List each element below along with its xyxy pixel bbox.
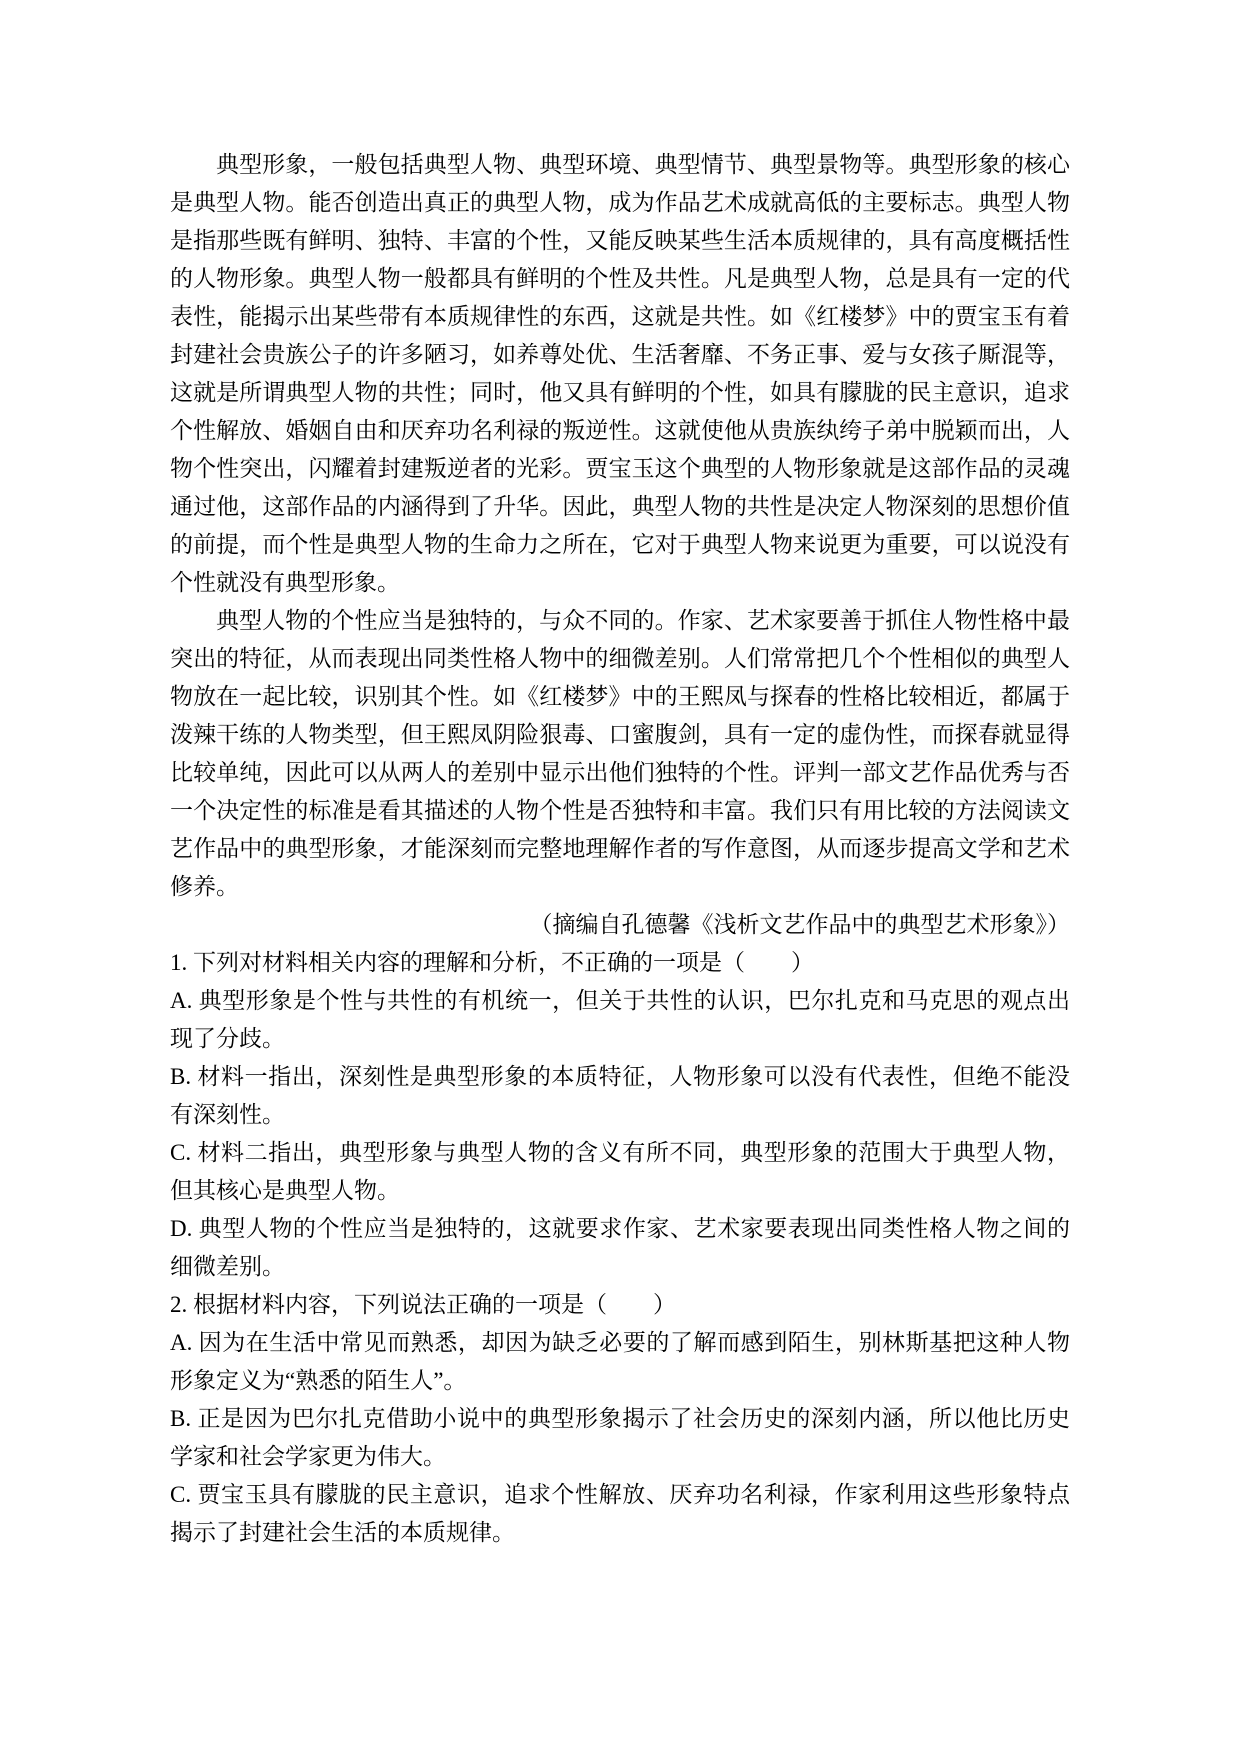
question-1-option-a: A. 典型形象是个性与共性的有机统一，但关于共性的认识，巴尔扎克和马克思的观点出… <box>170 982 1070 1058</box>
question-1-option-d: D. 典型人物的个性应当是独特的，这就要求作家、艺术家要表现出同类性格人物之间的… <box>170 1210 1070 1286</box>
question-1-option-b: B. 材料一指出，深刻性是典型形象的本质特征，人物形象可以没有代表性，但绝不能没… <box>170 1058 1070 1134</box>
material-paragraph-2: 典型人物的个性应当是独特的，与众不同的。作家、艺术家要善于抓住人物性格中最突出的… <box>170 602 1070 906</box>
document-page: 典型形象，一般包括典型人物、典型环境、典型情节、典型景物等。典型形象的核心是典型… <box>0 0 1240 1754</box>
question-2: 2. 根据材料内容，下列说法正确的一项是（ ） <box>170 1286 1070 1324</box>
question-2-option-b: B. 正是因为巴尔扎克借助小说中的典型形象揭示了社会历史的深刻内涵，所以他比历史… <box>170 1400 1070 1476</box>
question-1: 1. 下列对材料相关内容的理解和分析，不正确的一项是（ ） <box>170 944 1070 982</box>
source-attribution: （摘编自孔德馨《浅析文艺作品中的典型艺术形象》） <box>170 906 1070 944</box>
material-paragraph-1: 典型形象，一般包括典型人物、典型环境、典型情节、典型景物等。典型形象的核心是典型… <box>170 146 1070 602</box>
question-2-option-c: C. 贾宝玉具有朦胧的民主意识，追求个性解放、厌弃功名利禄，作家利用这些形象特点… <box>170 1476 1070 1552</box>
question-2-option-a: A. 因为在生活中常见而熟悉，却因为缺乏必要的了解而感到陌生，别林斯基把这种人物… <box>170 1324 1070 1400</box>
question-1-option-c: C. 材料二指出，典型形象与典型人物的含义有所不同，典型形象的范围大于典型人物，… <box>170 1134 1070 1210</box>
document-content: 典型形象，一般包括典型人物、典型环境、典型情节、典型景物等。典型形象的核心是典型… <box>170 146 1070 1552</box>
